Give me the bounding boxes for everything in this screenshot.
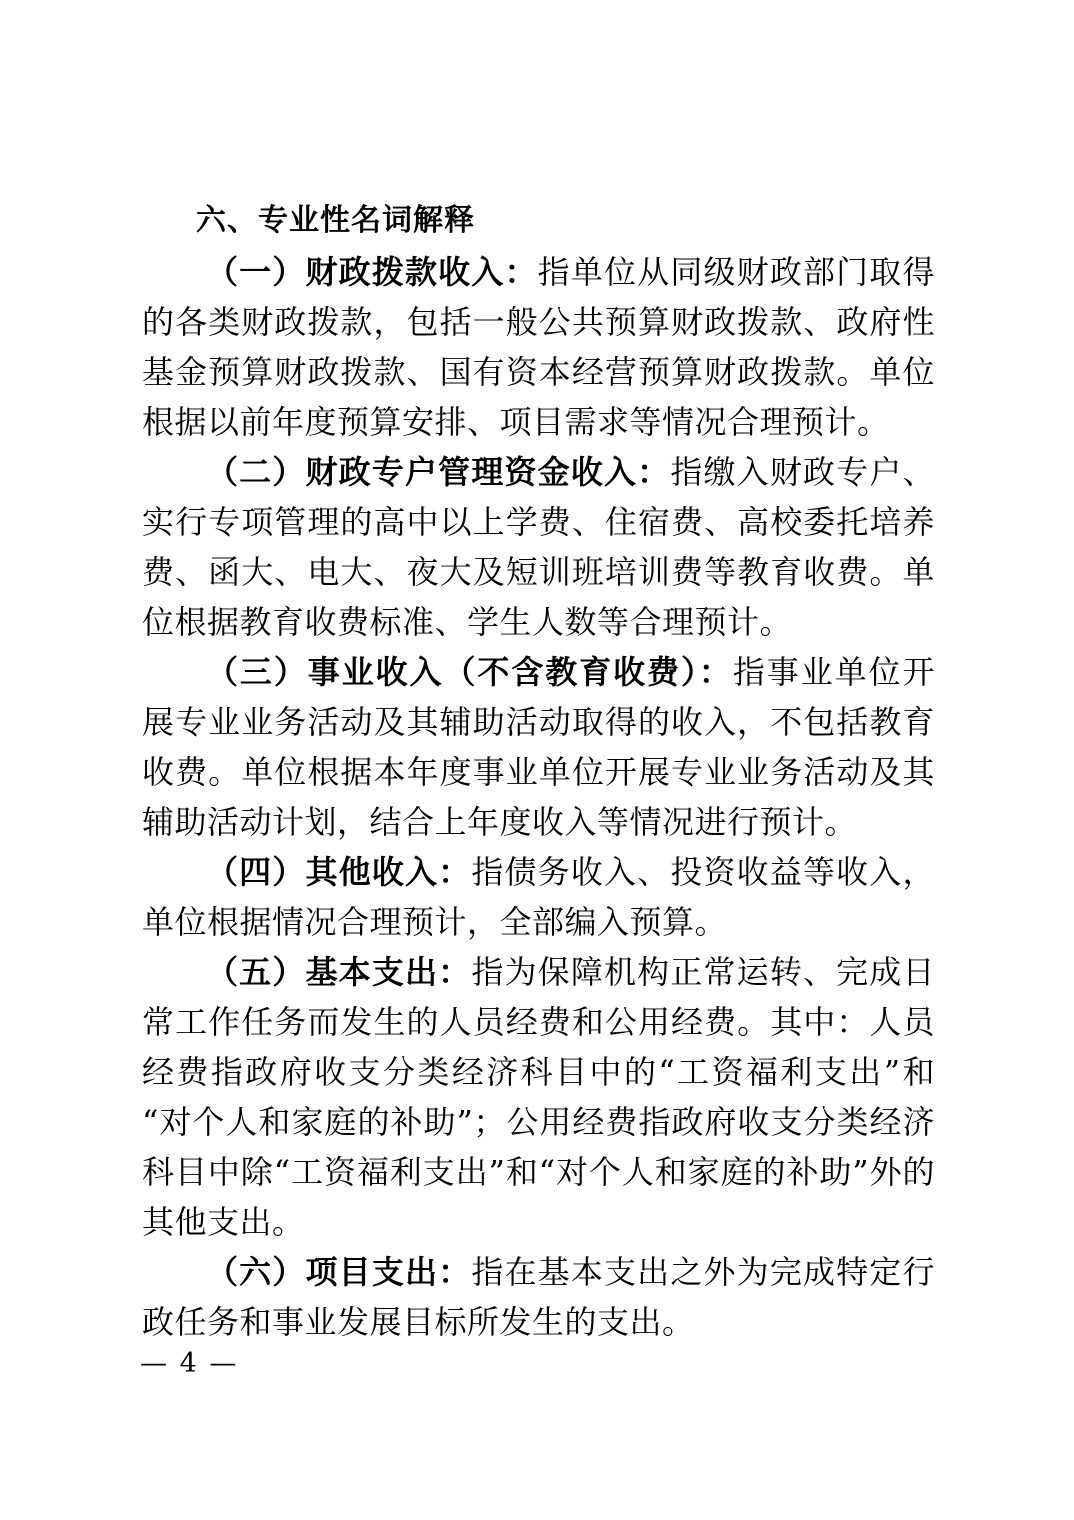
document-page: 六、专业性名词解释 （一）财政拨款收入：指单位从同级财政部门取得的各类财政拨款，…	[0, 0, 1074, 1520]
term-label: （二）财政专户管理资金收入：	[206, 453, 670, 491]
section-heading: 六、专业性名词解释	[142, 195, 935, 247]
term-label: （三）事业收入（不含教育收费）：	[206, 653, 733, 691]
page-number: — 4 —	[140, 1348, 238, 1380]
term-paragraph: （四）其他收入：指债务收入、投资收益等收入，单位根据情况合理预计，全部编入预算。	[142, 847, 935, 947]
term-label: （一）财政拨款收入：	[206, 253, 538, 291]
term-definition: 指为保障机构正常运转、完成日常工作任务而发生的人员经费和公用经费。其中：人员经费…	[142, 953, 935, 1241]
term-paragraph: （六）项目支出：指在基本支出之外为完成特定行政任务和事业发展目标所发生的支出。	[142, 1247, 935, 1347]
term-paragraph: （一）财政拨款收入：指单位从同级财政部门取得的各类财政拨款，包括一般公共预算财政…	[142, 247, 935, 447]
term-paragraph: （二）财政专户管理资金收入：指缴入财政专户、实行专项管理的高中以上学费、住宿费、…	[142, 447, 935, 647]
term-label: （四）其他收入：	[206, 853, 471, 891]
term-label: （六）项目支出：	[206, 1253, 471, 1291]
term-label: （五）基本支出：	[206, 953, 471, 991]
document-body: 六、专业性名词解释 （一）财政拨款收入：指单位从同级财政部门取得的各类财政拨款，…	[142, 195, 935, 1347]
term-paragraph: （五）基本支出：指为保障机构正常运转、完成日常工作任务而发生的人员经费和公用经费…	[142, 947, 935, 1247]
term-paragraph: （三）事业收入（不含教育收费）：指事业单位开展专业业务活动及其辅助活动取得的收入…	[142, 647, 935, 847]
